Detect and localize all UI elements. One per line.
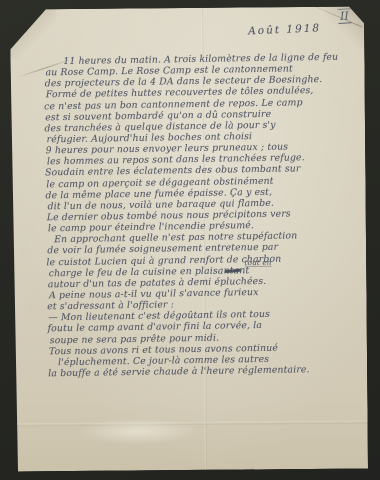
folded-corner-top-left — [10, 9, 56, 59]
paper-smudge — [77, 418, 197, 445]
interlinear-insertion: tout en — [244, 258, 271, 266]
letter-body: 11 heures du matin. A trois kilomètres d… — [43, 52, 354, 380]
photo-background: Août 1918 II 11 heures du matin. A trois… — [0, 0, 380, 480]
letter-page: Août 1918 II 11 heures du matin. A trois… — [10, 6, 368, 471]
page-number: II — [338, 8, 352, 24]
